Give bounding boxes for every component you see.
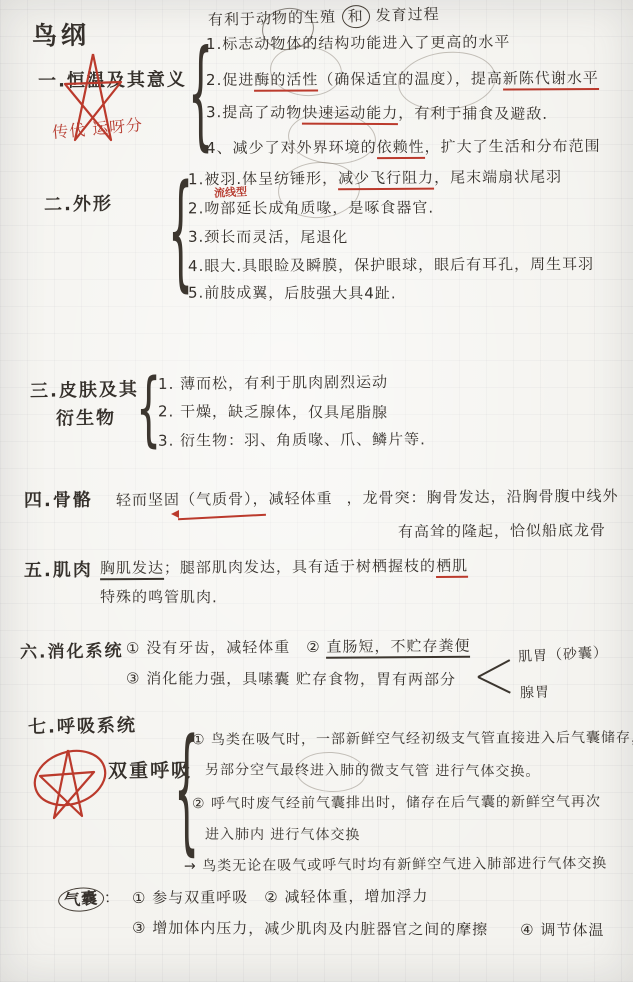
list-item: 4、减少了对外界环境的依赖性，扩大了生活和分布范围	[206, 135, 601, 158]
page-title: 鸟纲	[32, 15, 91, 52]
section-2-label: 二.外形	[44, 189, 113, 216]
red-underlined-text: 酶的活性	[254, 70, 318, 91]
underlined-text: 胸肌发达	[100, 559, 164, 580]
item-text: 轻而坚固	[116, 491, 180, 510]
section-4-label: 四.骨骼	[24, 486, 93, 513]
list-item: 3.颈长而灵活，尾退化	[188, 226, 348, 248]
section-5-line2: 特殊的鸣管肌肉.	[100, 586, 218, 608]
section-4-line2: 有高耸的隆起，恰似船底龙骨	[398, 519, 606, 542]
item-text: ① 没有牙齿，减轻体重 ②	[126, 638, 327, 657]
item-text: 1.被羽.体呈纺锤形，	[188, 169, 338, 188]
red-arrowhead-icon	[171, 510, 179, 518]
list-item: 2.吻部延长成角质喙，是啄食器官.	[188, 197, 434, 219]
air-sac-label-group: 气囊：	[57, 884, 120, 911]
underlined-text: 直肠短，不贮存粪便	[326, 637, 470, 659]
red-underlined-text: 栖肌	[436, 557, 468, 578]
list-item: 2. 干燥，缺乏腺体，仅具尾脂腺	[158, 400, 388, 422]
branch-item: 腺胃	[520, 681, 551, 702]
item-text: 2.促进	[206, 71, 254, 89]
list-item: ① 鸟类在吸气时，一部新鲜空气经初级支气管直接进入后气囊储存，	[192, 727, 633, 749]
conclusion-arrow-line: → 鸟类无论在吸气或呼气时均有新鲜空气进入肺部进行气体交换	[184, 853, 607, 876]
item-text: ，龙骨突：	[346, 488, 426, 507]
item-text: 3.提高了动物	[206, 103, 302, 122]
list-item: ② 呼气时废气经前气囊排出时，储存在后气囊的新鲜空气再次	[192, 791, 601, 813]
section-5-label: 五.肌肉	[24, 556, 93, 583]
item-text: ，减轻体重	[252, 489, 332, 508]
item-text: 4、减少了对外界环境的	[206, 138, 377, 157]
section-3-label: 三.皮肤及其	[30, 375, 139, 403]
list-item: 5.前肢成翼，后肢强大具4趾.	[188, 282, 397, 304]
section-6-line1: ① 没有牙齿，减轻体重 ② 直肠短，不贮存粪便	[126, 635, 471, 658]
air-sac-line2: ③ 增加体内压力，减少肌肉及内脏器官之间的摩擦 ④ 调节体温	[132, 917, 605, 940]
list-item: 4.眼大.具眼睑及瞬膜，保护眼球，眼后有耳孔，周生耳羽	[188, 253, 594, 276]
item-text: 胸骨发达，沿胸骨腹中线外	[426, 487, 618, 507]
top-annotation-text: 发育过程	[375, 5, 439, 25]
item-text: ，有利于捕食及避敌.	[398, 104, 548, 123]
section-5-line1: 胸肌发达；腿部肌肉发达，具有适于树栖握枝的栖肌	[100, 555, 468, 579]
air-sac-line1: ① 参与双重呼吸 ② 减轻体重，增加浮力	[132, 885, 429, 908]
item-text: ，尾末端扇状尾羽	[434, 168, 562, 187]
marked-text: （气质骨）	[180, 490, 253, 509]
item-text: ，扩大了生活和分布范围	[425, 137, 601, 156]
red-underlined-text: 减少飞行阻力	[338, 169, 434, 191]
item-text: ；腿部肌肉发达，具有适于树栖握枝的	[164, 557, 436, 577]
list-item: 2.促进酶的活性（确保适宜的温度），提高新陈代谢水平	[206, 67, 599, 90]
list-item: 3. 衍生物：羽、角质喙、爪、鳞片等.	[158, 428, 426, 450]
top-annotation-text: 有利于动物的生殖	[208, 8, 336, 29]
list-item: 3.提高了动物快速运动能力，有利于捕食及避敌.	[206, 101, 548, 124]
red-underlined-text: 快速运动能力	[302, 104, 398, 126]
red-underlined-text: 新陈代谢水平	[503, 69, 599, 91]
list-item: 1.标志动物体的结构功能进入了更高的水平	[206, 31, 510, 54]
list-item: 1. 薄而松，有利于肌肉剧烈运动	[158, 371, 388, 394]
red-underlined-text: 依赖性	[377, 138, 425, 159]
air-sac-colon: ：	[103, 888, 120, 907]
item-text: （确保适宜的温度），提高	[318, 69, 503, 88]
section-3-label-line2: 衍生物	[56, 403, 116, 430]
section-6-label: 六.消化系统	[20, 636, 124, 663]
list-item: 另部分空气最终进入肺的微支气管 进行气体交换。	[205, 759, 541, 781]
section-6-line2: ③ 消化能力强，具嗉囊 贮存食物，胃有两部分	[126, 667, 456, 689]
list-item: 进入肺内 进行气体交换	[205, 824, 361, 845]
section-7-label: 七.呼吸系统	[28, 711, 137, 739]
red-star-circle-icon	[28, 742, 110, 824]
section-4-line1: 轻而坚固（气质骨），减轻体重，龙骨突：胸骨发达，沿胸骨腹中线外	[116, 485, 619, 510]
circled-word: 和	[342, 5, 371, 29]
